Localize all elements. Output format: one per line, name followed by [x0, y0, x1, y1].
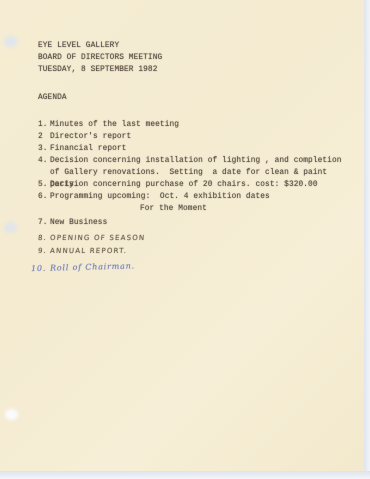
agenda-item-number: 7. — [38, 217, 50, 229]
agenda-item-text: Director's report — [50, 131, 348, 143]
hole-punch-bottom — [5, 409, 18, 420]
agenda-item-text: Programming upcoming: Oct. 4 exhibition … — [50, 191, 348, 203]
agenda-item-4-continuation: of Gallery renovations. Setting a date f… — [38, 167, 348, 179]
org-name: EYE LEVEL GALLERY — [38, 40, 348, 52]
agenda-item-6: 6. Programming upcoming: Oct. 4 exhibiti… — [38, 191, 348, 203]
meeting-title: BOARD OF DIRECTORS MEETING — [38, 52, 348, 64]
agenda-item-4: 4. Decision concerning installation of l… — [38, 155, 348, 167]
agenda-item-text: Decision concerning installation of ligh… — [50, 155, 348, 167]
agenda-item-7: 7. New Business — [38, 217, 348, 229]
agenda-item-number: 1. — [38, 119, 50, 131]
agenda-item-3: 3. Financial report — [38, 143, 348, 155]
agenda-item-number: 6. — [38, 191, 50, 203]
agenda-item-number-spacer — [38, 167, 50, 179]
agenda-item-8-handwritten: 8. OPENING OF SEASON — [38, 232, 348, 245]
agenda-item-number: 9. — [38, 245, 51, 258]
agenda-item-text: Decision concerning purchase of 20 chair… — [50, 179, 348, 191]
meeting-date: TUESDAY, 8 SEPTEMBER 1982 — [38, 64, 348, 76]
agenda-item-2: 2 Director's report — [38, 131, 348, 143]
scanner-backing-bottom — [0, 471, 370, 479]
hole-punch-middle — [4, 222, 17, 233]
document-content: EYE LEVEL GALLERY BOARD OF DIRECTORS MEE… — [38, 40, 348, 271]
scanner-backing-right — [364, 0, 370, 479]
agenda-item-text: of Gallery renovations. Setting a date f… — [50, 167, 348, 179]
agenda-item-number: 2 — [38, 131, 50, 143]
agenda-item-number: 4. — [38, 155, 50, 167]
agenda-heading: AGENDA — [38, 92, 348, 104]
agenda-item-number-spacer — [38, 203, 50, 215]
agenda-item-text: For the Moment — [50, 203, 348, 215]
agenda-item-1: 1. Minutes of the last meeting — [38, 119, 348, 131]
agenda-item-5: 5. Decision concerning purchase of 20 ch… — [38, 179, 348, 191]
agenda-item-number: 5. — [38, 179, 50, 191]
paper-sheet: EYE LEVEL GALLERY BOARD OF DIRECTORS MEE… — [0, 0, 364, 471]
agenda-item-text: OPENING OF SEASON — [50, 232, 349, 245]
hole-punch-top — [4, 36, 17, 47]
agenda-item-text: Minutes of the last meeting — [50, 119, 348, 131]
scanned-document: EYE LEVEL GALLERY BOARD OF DIRECTORS MEE… — [0, 0, 370, 479]
agenda-list: 1. Minutes of the last meeting 2 Directo… — [38, 119, 348, 271]
agenda-item-6-continuation: For the Moment — [38, 203, 348, 215]
agenda-item-text: Financial report — [50, 143, 348, 155]
agenda-item-number: 8. — [38, 232, 51, 245]
agenda-item-text: New Business — [50, 217, 348, 229]
agenda-item-number: 10. — [31, 262, 50, 275]
agenda-item-number: 3. — [38, 143, 50, 155]
